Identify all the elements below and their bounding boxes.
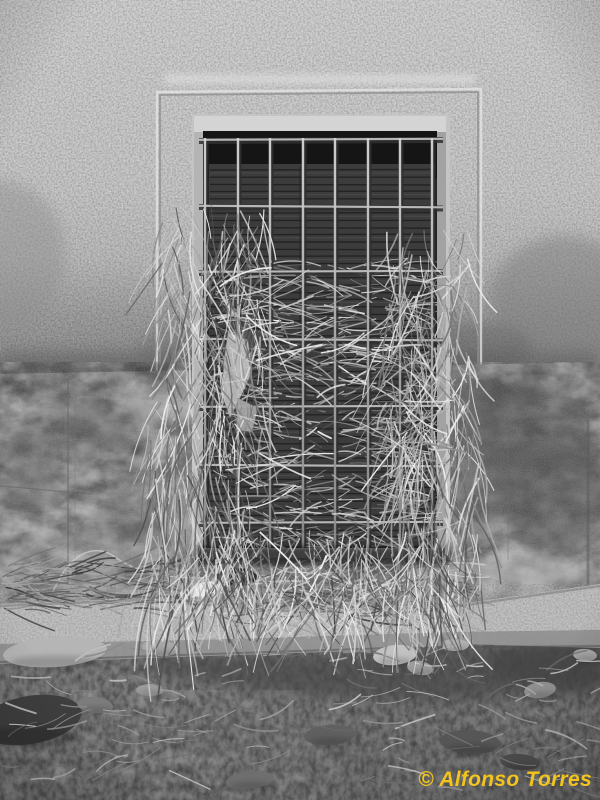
photo-canvas: © Alfonso Torres (0, 0, 600, 800)
vignette (0, 0, 600, 800)
photograph: © Alfonso Torres (0, 0, 600, 800)
watermark: © Alfonso Torres (418, 768, 592, 791)
